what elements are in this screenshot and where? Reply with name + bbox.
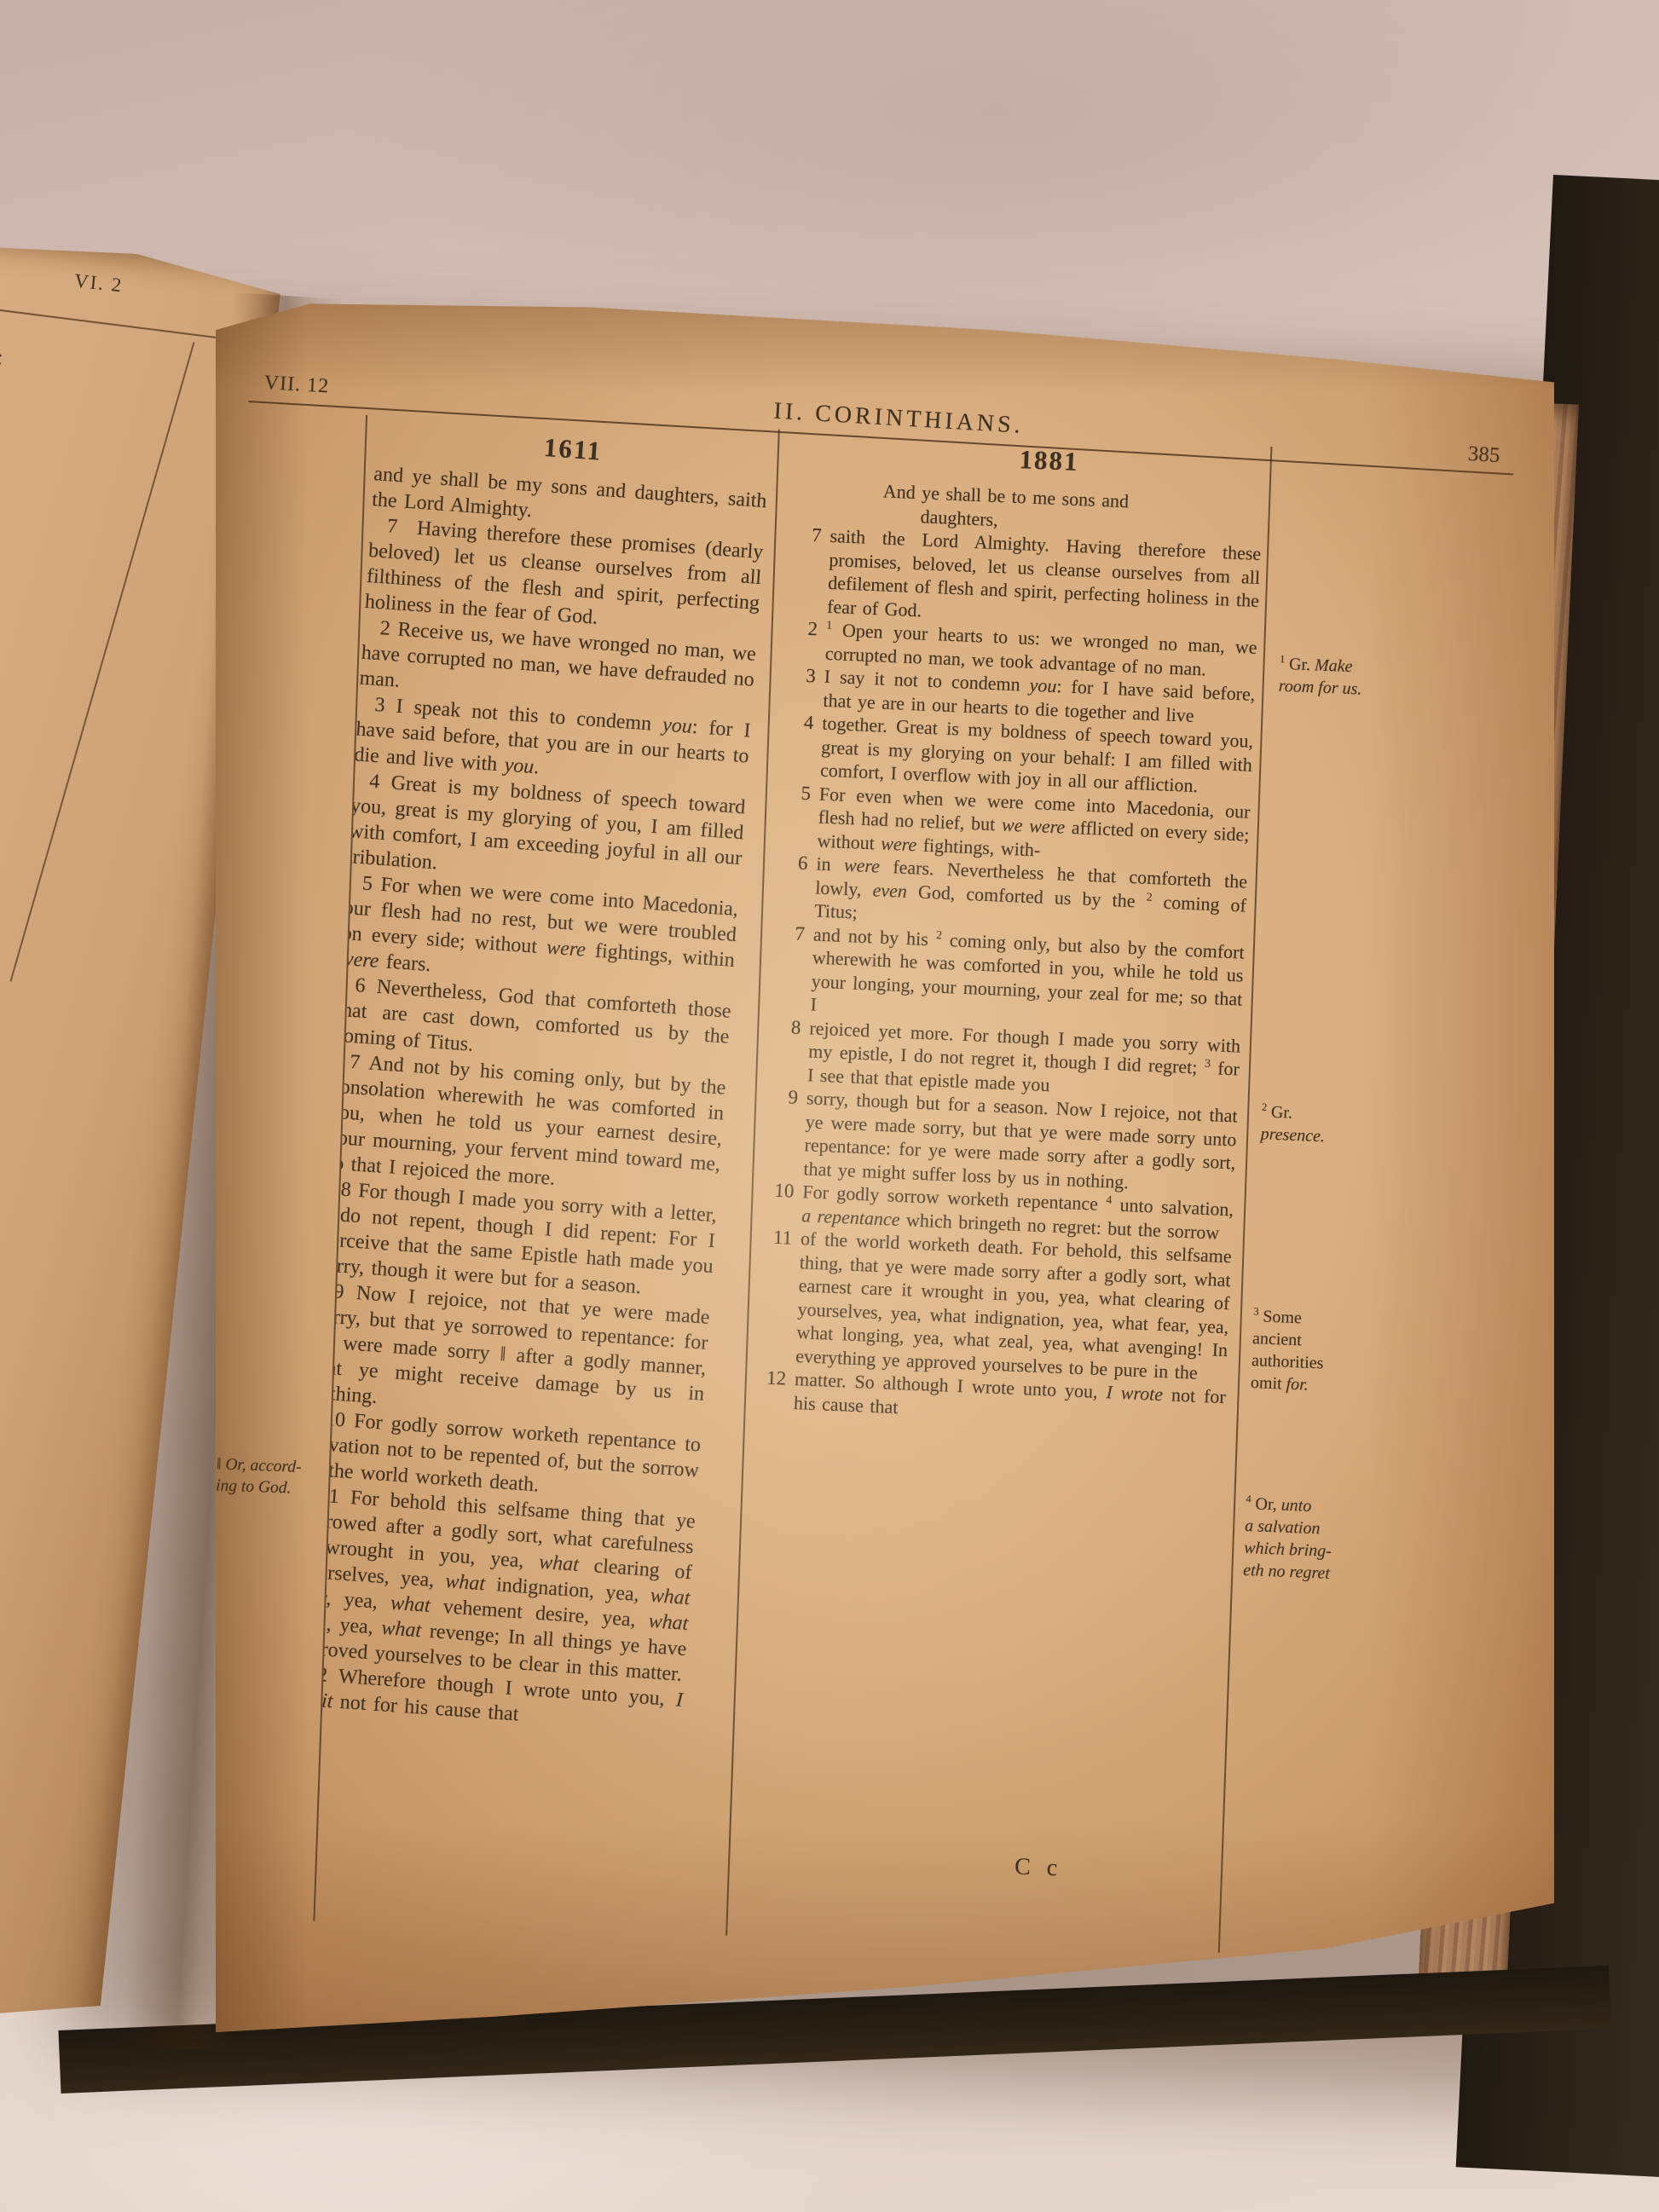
rv-verse-number: 12	[747, 1366, 787, 1390]
rv-verse-number: 11	[753, 1225, 793, 1250]
rv-margin-note-1: 1 Gr. Makeroom for us.	[1278, 653, 1450, 704]
rv-verse-text: of the world worketh death. For behold, …	[795, 1227, 1232, 1383]
rv-text-block: 1881 And ye shall be to me sons and daug…	[793, 436, 1265, 1432]
rv-verse-text: and not by his 2 coming only, but also b…	[810, 923, 1245, 1015]
facing-page-text-fragments: ne ; va- m- i- n s	[0, 331, 5, 601]
book-photo: VI. 2 ne ; va- m- i- n s 1 Or, HolySpiri…	[0, 0, 1659, 2212]
facing-page-head-rule	[0, 307, 233, 341]
rv-verse-9: 9sorry, though but for a season. Now I r…	[803, 1086, 1238, 1198]
page-content: VII. 12 II. CORINTHIANS. 385 ‖ Or, accor…	[194, 367, 1516, 2030]
column-rv-1881: 1881 And ye shall be to me sons and daug…	[727, 430, 1271, 1963]
rv-verse-number: 3	[776, 662, 816, 687]
rv-verse-text: saith the Lord Almighty. Having therefor…	[827, 525, 1262, 621]
columns: ‖ Or, accord-ing to God. 1611 and ye sha…	[195, 411, 1514, 1972]
rv-verse-number: 9	[759, 1084, 799, 1109]
facing-page-running-head: VI. 2	[73, 270, 124, 297]
rv-verse-number: 7	[782, 523, 822, 547]
rv-verse-number: 4	[774, 709, 814, 734]
rv-verse-number: 10	[754, 1178, 795, 1203]
signature-mark: C c	[1014, 1853, 1063, 1882]
main-page: VII. 12 II. CORINTHIANS. 385 ‖ Or, accor…	[216, 288, 1554, 2032]
kjv-text-block: 1611 and ye shall be my sons and daughte…	[315, 420, 771, 1739]
rv-verse-text: sorry, though but for a season. Now I re…	[803, 1087, 1238, 1192]
text-fragment: ne ;	[0, 331, 5, 380]
rv-verse-number: 5	[771, 780, 811, 805]
kjv-verse-11: 11 For behold this selfsame thing that y…	[315, 1481, 697, 1688]
rv-verse-number: 6	[768, 850, 808, 875]
rv-verse-number: 8	[761, 1014, 801, 1039]
rv-verse-number: 2	[778, 615, 818, 640]
rv-verse-11: 11of the world worketh death. For behold…	[795, 1227, 1232, 1385]
text-fragment: va-	[0, 375, 1, 424]
rv-verse-7b: 7and not by his 2 coming only, but also …	[810, 922, 1245, 1034]
rv-margin-note-4: 4 Or, untoa salvationwhich bring-eth no …	[1243, 1493, 1417, 1588]
rv-margin-note-2: 2 Gr.presence.	[1260, 1100, 1432, 1152]
kjv-margin-note: ‖ Or, accord-ing to God.	[216, 1453, 330, 1500]
column-kjv-1611: 1611 and ye shall be my sons and daughte…	[315, 415, 778, 1946]
rv-margin-note-3: 3 Someancientauthoritiesomit for.	[1250, 1305, 1424, 1401]
running-head-ref: VII. 12	[263, 372, 330, 398]
rv-verse-7: 7saith the Lord Almighty. Having therefo…	[827, 524, 1262, 636]
rv-year-heading: 1881	[833, 436, 1265, 485]
rv-verse-number: 7	[766, 921, 806, 945]
facing-page-margin-note: 1 Or, HolySpirit : ando. through-ut this…	[0, 823, 107, 1040]
